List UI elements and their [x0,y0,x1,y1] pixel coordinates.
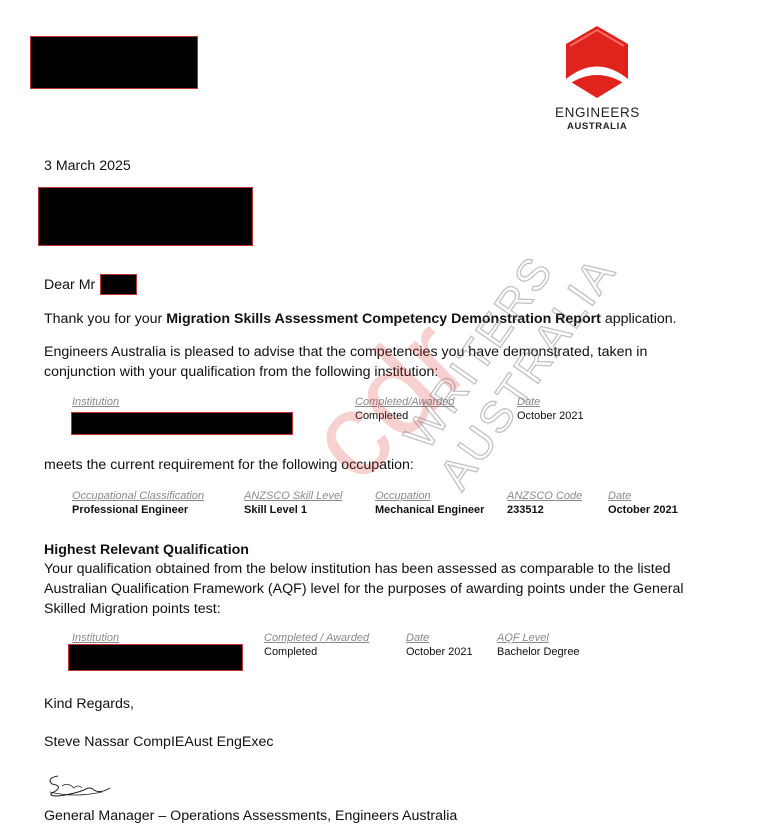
signatory-position: General Manager – Operations Assessments… [44,808,457,824]
hrq-title: Highest Relevant Qualification [44,542,249,558]
value-aqf-level: Bachelor Degree [497,646,580,658]
header-completed: Completed / Awarded [264,632,369,644]
advice-paragraph: Engineers Australia is pleased to advise… [44,342,647,382]
closing: Kind Regards, [44,696,134,712]
header-anzsco-code: ANZSCO Code [507,490,582,502]
watermark: cdr WRITERS AUSTRALIA [300,290,560,570]
hrq-paragraph: Your qualification obtained from the bel… [44,559,684,619]
engineers-australia-logo: ENGINEERS AUSTRALIA [540,24,660,134]
letter-date: 3 March 2025 [44,158,131,174]
intro-paragraph: Thank you for your Migration Skills Asse… [44,311,677,327]
header-occupation: Occupation [375,490,431,502]
logo-line2: AUSTRALIA [567,121,627,132]
signature-icon [44,772,114,802]
salutation: Dear Mr [44,277,95,293]
logo-hexagon-icon [540,24,660,104]
value-completed: Completed [355,410,408,422]
value-anzsco-code: 233512 [507,504,544,516]
header-aqf-level: AQF Level [497,632,549,644]
header-institution: Institution [72,632,119,644]
signatory-name: Steve Nassar CompIEAust EngExec [44,734,273,750]
logo-line1: ENGINEERS [555,105,640,120]
value-date: October 2021 [406,646,473,658]
header-skill-level: ANZSCO Skill Level [244,490,342,502]
value-skill-level: Skill Level 1 [244,504,307,516]
redacted-institution [68,644,243,671]
value-date: October 2021 [608,504,678,516]
redacted-address [38,187,253,246]
header-date: Date [517,396,540,408]
occupation-intro: meets the current requirement for the fo… [44,457,414,473]
value-classification: Professional Engineer [72,504,188,516]
redacted-sender [30,36,198,89]
header-date: Date [608,490,631,502]
application-type: Migration Skills Assessment Competency D… [166,311,601,327]
value-date: October 2021 [517,410,584,422]
redacted-institution [71,412,293,435]
header-classification: Occupational Classification [72,490,204,502]
value-completed: Completed [264,646,317,658]
header-date: Date [406,632,429,644]
value-occupation: Mechanical Engineer [375,504,484,516]
header-completed: Completed/Awarded [355,396,454,408]
redacted-name [100,274,137,295]
header-institution: Institution [72,396,119,408]
